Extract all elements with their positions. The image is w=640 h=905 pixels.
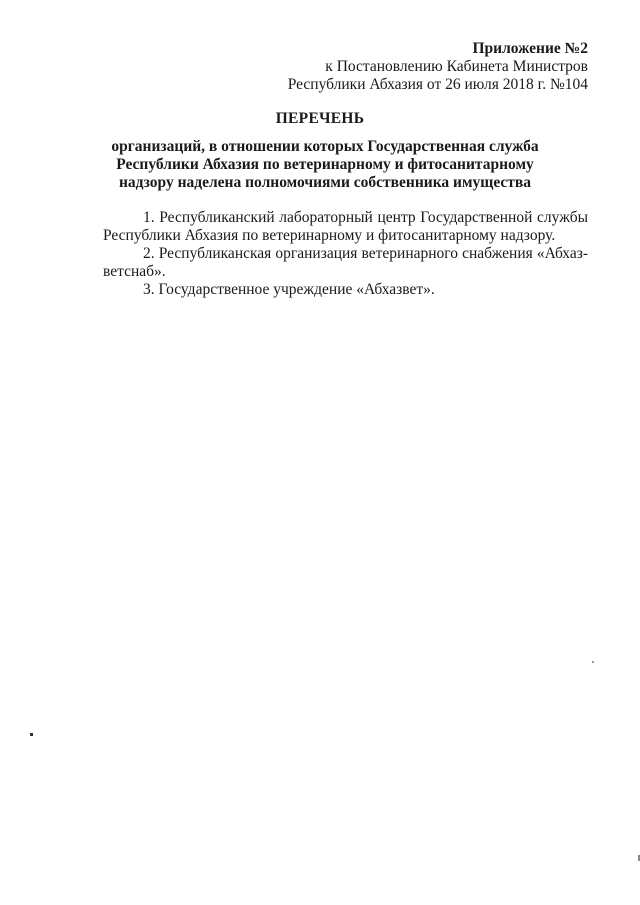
appendix-block: Приложение №2 к Постановлению Кабинета М…	[288, 40, 588, 94]
appendix-line-1: к Постановлению Кабинета Министров	[288, 58, 588, 76]
list-item: 3. Государственное учреждение «Абхазвет»…	[103, 281, 588, 299]
document-page: Приложение №2 к Постановлению Кабинета М…	[0, 0, 640, 905]
scan-speck	[592, 661, 594, 663]
document-subheading: организаций, в отношении которых Государ…	[100, 138, 550, 192]
subheading-line-1: организаций, в отношении которых Государ…	[100, 138, 550, 156]
appendix-line-2: Республики Абхазия от 26 июля 2018 г. №1…	[288, 76, 588, 94]
subheading-line-3: надзору наделена полномочиями собственни…	[100, 174, 550, 192]
document-heading: ПЕРЕЧЕНЬ	[0, 110, 640, 128]
subheading-line-2: Республики Абхазия по ветеринарному и фи…	[100, 156, 550, 174]
scan-speck	[30, 733, 33, 736]
list-item: 2. Республиканская организация ветеринар…	[103, 245, 588, 281]
list-item: 1. Республиканский лабораторный центр Го…	[103, 209, 588, 245]
organization-list: 1. Республиканский лабораторный центр Го…	[103, 209, 588, 299]
appendix-title: Приложение №2	[288, 40, 588, 58]
